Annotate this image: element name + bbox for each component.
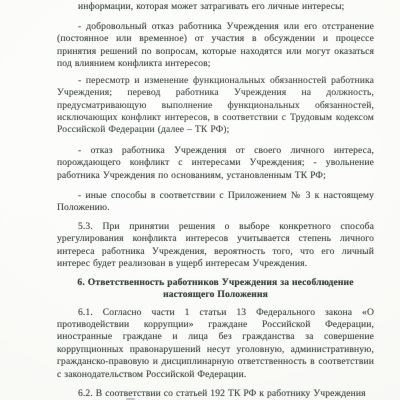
paragraph-clause-6-1: 6.1. Согласно части 1 статьи 13 Федераль… [57,307,374,381]
bullet-paragraph-voluntary-refusal: - добровольный отказ работника Учреждени… [57,21,374,70]
document-text-block: информации, которая может затрагивать ег… [57,1,374,400]
paragraph-continuation: информации, которая может затрагивать ег… [57,1,374,13]
paragraph-clause-6-2-clipped: 6.2. В соответствии со статьей 192 ТК РФ… [57,388,374,400]
paragraph-clause-5-3: 5.3. При принятии решения о выборе конкр… [57,221,374,270]
section-6-heading: 6. Ответственность работников Учреждения… [57,277,374,302]
bullet-paragraph-personal-interest-refusal: - отказ работника Учреждения от своего л… [57,145,374,182]
bullet-paragraph-other-methods: - иные способы в соответствии с Приложен… [57,190,374,215]
bullet-paragraph-duties-revision: - пересмотр и изменение функциональных о… [57,75,374,137]
scanned-document-page: информации, которая может затрагивать ег… [0,0,400,400]
